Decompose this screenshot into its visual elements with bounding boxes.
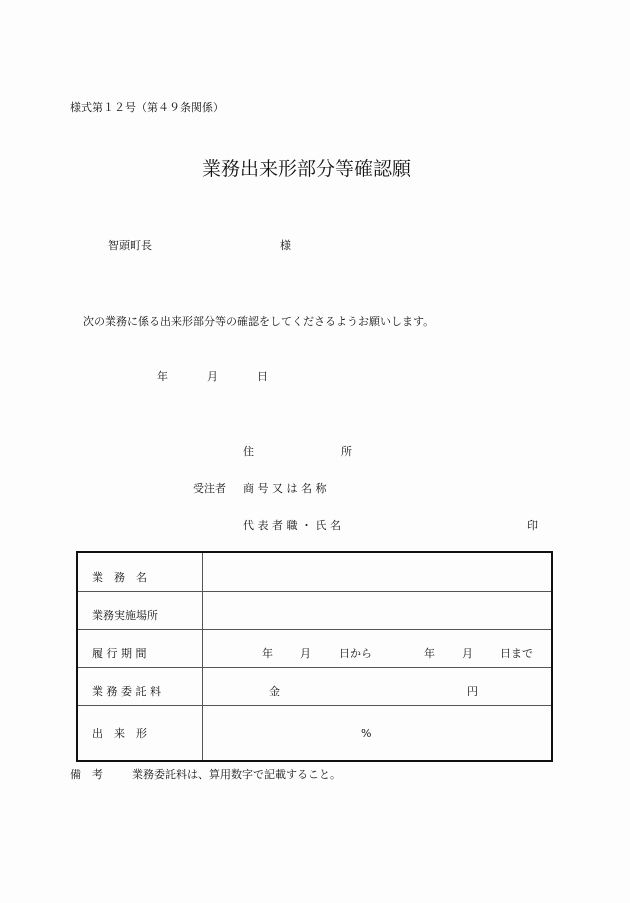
page-title: 業務出来形部分等確認願 (202, 154, 411, 181)
form-number: 様式第１２号（第４９条関係） (70, 99, 224, 115)
table-row-business-name: 業 務 名 (77, 552, 552, 591)
table-row-location: 業務実施場所 (77, 591, 552, 629)
field-location[interactable] (203, 591, 553, 629)
date-year: 年 (157, 368, 168, 384)
label-progress: 出 来 形 (77, 705, 203, 761)
address-label-1: 住 (243, 443, 254, 459)
table-row-fee: 業 務 委 託 料 金 円 (77, 667, 552, 705)
field-business-name[interactable] (203, 552, 553, 591)
period-to-day: 日まで (500, 645, 533, 661)
label-period: 履 行 期 間 (77, 629, 203, 667)
progress-unit: % (361, 727, 371, 740)
table-row-period: 履 行 期 間 年 月 日から 年 月 日まで (77, 629, 552, 667)
remarks-label: 備 考 (70, 766, 103, 782)
date-month: 月 (207, 368, 218, 384)
request-text: 次の業務に係る出来形部分等の確認をしてくださるようお願いします。 (83, 313, 434, 329)
table-row-progress: 出 来 形 % (77, 705, 552, 761)
field-fee[interactable]: 金 円 (203, 667, 553, 705)
addressee-honorific: 様 (280, 237, 291, 253)
seal-mark: 印 (527, 517, 538, 533)
period-to-month: 月 (462, 645, 473, 661)
remarks-text: 業務委託料は、算用数字で記載すること。 (132, 766, 341, 782)
address-label-2: 所 (341, 443, 352, 459)
addressee-name: 智頭町長 (108, 237, 152, 253)
details-table: 業 務 名 業務実施場所 履 行 期 間 年 月 日から 年 月 日まで 業 務… (76, 551, 553, 762)
field-period[interactable]: 年 月 日から 年 月 日まで (203, 629, 553, 667)
field-progress[interactable]: % (203, 705, 553, 761)
company-label: 商 号 又 は 名 称 (243, 480, 326, 496)
period-from-day: 日から (339, 645, 372, 661)
period-from-month: 月 (300, 645, 311, 661)
contractor-role: 受注者 (193, 480, 226, 496)
label-location: 業務実施場所 (77, 591, 203, 629)
label-fee: 業 務 委 託 料 (77, 667, 203, 705)
period-to-year: 年 (424, 645, 435, 661)
representative-label: 代 表 者 職 ・ 氏 名 (243, 517, 341, 533)
date-day: 日 (257, 368, 268, 384)
fee-prefix: 金 (269, 683, 280, 699)
period-from-year: 年 (262, 645, 273, 661)
label-business-name: 業 務 名 (77, 552, 203, 591)
fee-suffix: 円 (467, 683, 478, 699)
